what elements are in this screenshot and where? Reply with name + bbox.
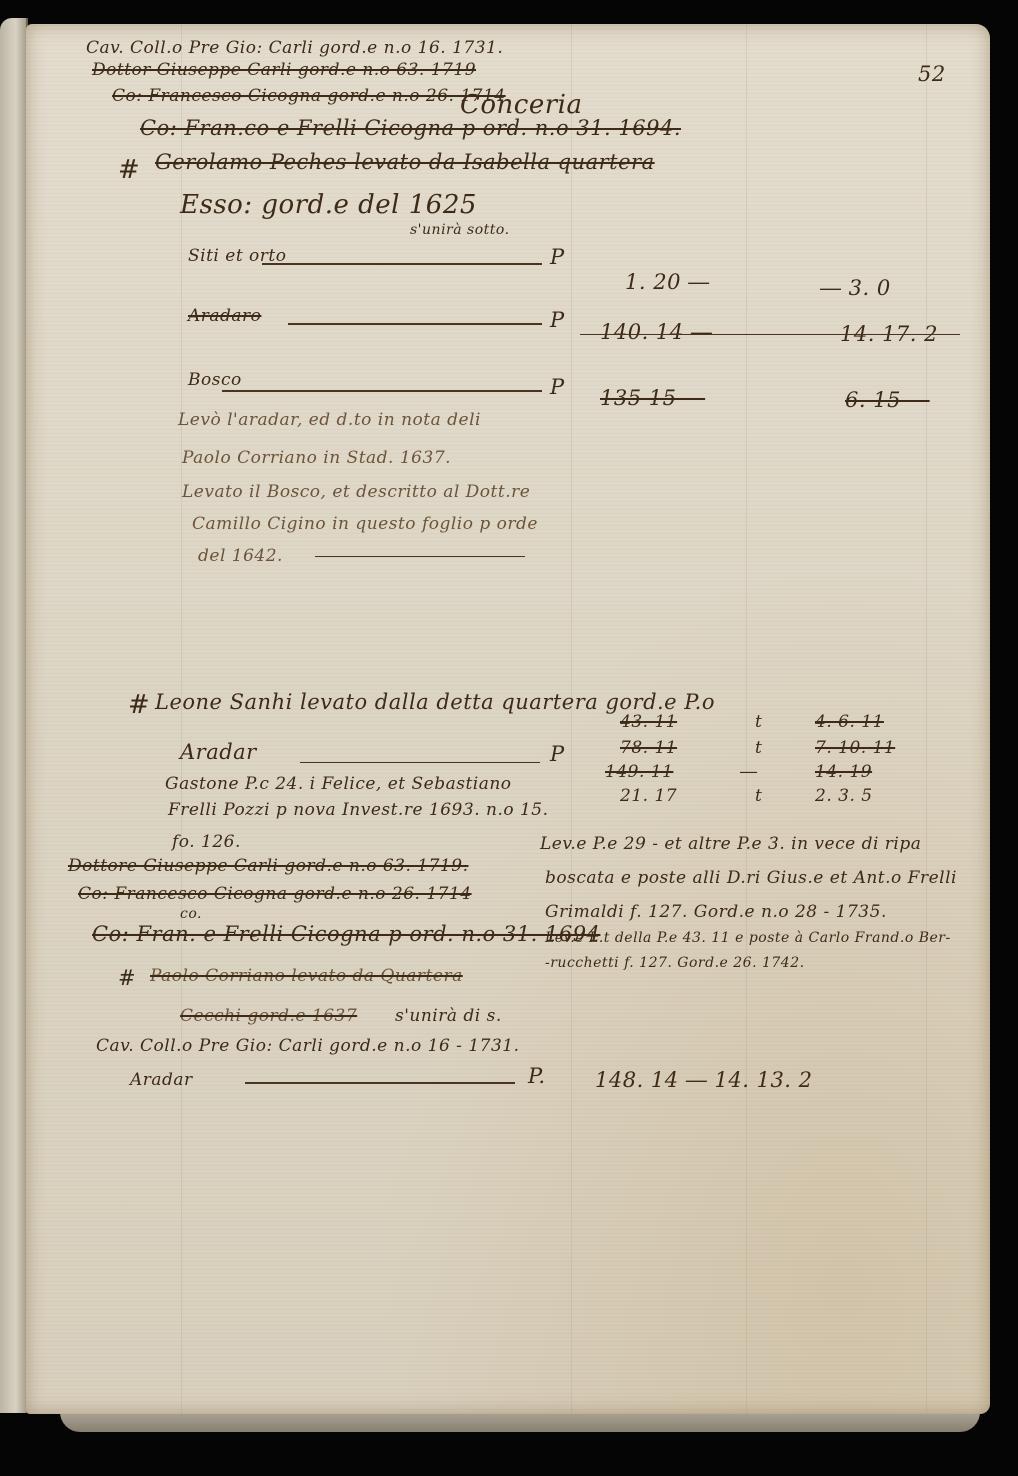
section1-heading: Esso: gord.e del 1625 [180,190,477,220]
side-note: Lev.e L.t della P.e 43. 11 e poste à Car… [545,930,951,946]
note-line: fo. 126. [172,832,241,852]
ruled-line [926,24,927,1414]
leader-line [288,323,542,325]
note-line: Paolo Corriano in Stad. 1637. [182,448,451,468]
side-note: -rucchetti f. 127. Gord.e 26. 1742. [545,955,805,971]
leader-line [300,762,540,763]
note-line: Levato il Bosco, et descritto al Dott.re [182,482,530,502]
unit-p: P. [528,1064,546,1088]
header-entry-struck: Co: Fran.co e Frelli Cicogna p ord. n.o … [140,116,681,140]
note-line: Levò l'aradar, ed d.to in nota deli [178,410,481,430]
value-c: 14. 19 [815,762,872,782]
superscript: co. [180,906,202,922]
value-a: 21. 17 [620,786,677,806]
value-a: 149. 11 [605,762,673,782]
row-label-struck: Aradaro [188,306,261,326]
leader-line [222,390,542,392]
note-line: Gastone P.c 24. i Felice, et Sebastiano [165,774,512,794]
value-c: 4. 6. 11 [815,712,884,732]
row-label: Aradar [130,1070,193,1090]
value-struck: 6. 15 ― [845,388,930,412]
header-entry-struck: Gerolamo Peches levato da Isabella quart… [155,150,655,174]
value-struck: 135 15 ― [600,386,705,410]
unit-p: P [550,742,565,766]
side-note: boscata e poste alli D.ri Gius.e et Ant.… [545,868,957,888]
leader-line [245,1082,515,1084]
note-line: del 1642. [198,546,283,566]
total-values: 148. 14 ― 14. 13. 2 [595,1068,813,1092]
unit-p: P [550,375,565,399]
footer-entry-struck: Co: Francesco Cicogna gord.e n.o 26. 171… [78,884,472,904]
note-line: Camillo Cigino in questo foglio p orde [192,514,538,534]
header-entry-struck: Co: Francesco Cicogna gord.e n.o 26. 171… [112,86,506,106]
note-line: Frelli Pozzi p nova Invest.re 1693. n.o … [168,800,549,820]
unit-p: P [550,245,565,269]
row-label: Aradar [180,740,257,764]
hash-marker: # [118,966,136,990]
leader-line [315,556,525,557]
value-c: 7. 10. 11 [815,738,895,758]
value: 1. 20 ― [625,270,710,294]
value-a: 43. 11 [620,712,677,732]
value: 140. 14 ― [600,320,712,344]
ruled-line [181,24,182,1414]
strike-line [580,334,960,335]
value-a: 78. 11 [620,738,677,758]
side-note: Grimaldi f. 127. Gord.e n.o 28 - 1735. [545,902,887,922]
header-entry-struck: Dottor Giuseppe Carli gord.e n.o 63. 171… [92,60,476,80]
row-label: Bosco [188,370,242,390]
footer-entry: Cav. Coll.o Pre Gio: Carli gord.e n.o 16… [96,1036,520,1056]
unit-p: P [550,308,565,332]
facing-page-edge [0,18,28,1413]
section2-heading: Leone Sanhi levato dalla detta quartera … [155,690,715,714]
footer-entry-struck: Paolo Corriano levato da Quartera [150,966,463,986]
value-b: t [755,738,762,758]
hash-marker: # [118,155,140,185]
value-c: 2. 3. 5 [815,786,873,806]
ruled-line [746,24,747,1414]
footer-entry-struck: Dottore Giuseppe Carli gord.e n.o 63. 17… [68,856,468,876]
footer-entry-struck: Co: Fran. e Frelli Cicogna p ord. n.o 31… [92,922,600,946]
value-b: t [755,712,762,732]
value-b: t [755,786,762,806]
side-note: Lev.e P.e 29 - et altre P.e 3. in vece d… [540,834,921,854]
header-entry: Cav. Coll.o Pre Gio: Carli gord.e n.o 16… [86,38,503,58]
page-stack-edge [60,1412,980,1432]
ruled-line [571,24,572,1414]
section1-note: s'unirà sotto. [410,222,510,238]
value-b: ― [740,762,758,782]
page-number: 52 [918,62,946,86]
value: ― 3. 0 [820,276,891,300]
footer-note: s'unirà di s. [395,1006,502,1026]
leader-line [262,263,542,265]
footer-entry-struck: Cecchi gord.e 1637 [180,1006,357,1026]
hash-marker: # [128,690,150,720]
